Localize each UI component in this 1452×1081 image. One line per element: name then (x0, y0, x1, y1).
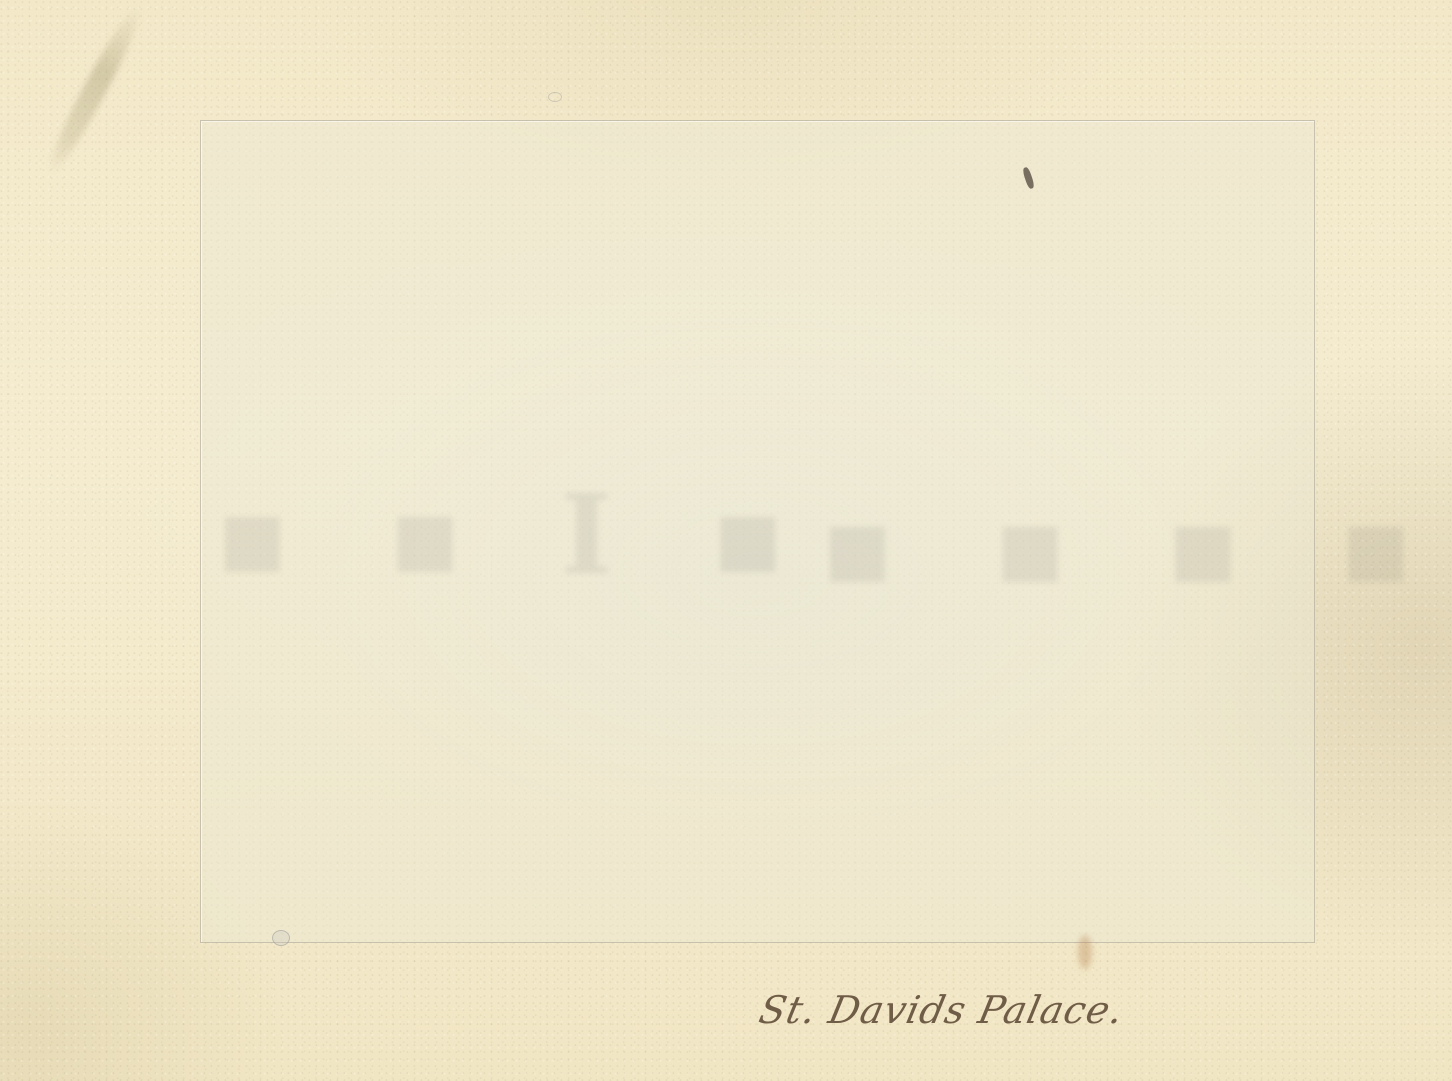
paper-sheet: ▪ ▪ I ▪ ▪ ▪ ▪ ▪ St. Davids Palace. (0, 0, 1452, 1081)
stain-streak (41, 0, 150, 178)
paper-dent-small (548, 92, 562, 102)
ghost-show-through-right: ▪ ▪ ▪ ▪ (820, 480, 1443, 609)
ghost-show-through-left: ▪ ▪ I ▪ (215, 470, 815, 599)
handwritten-caption: St. Davids Palace. (755, 988, 1128, 1032)
